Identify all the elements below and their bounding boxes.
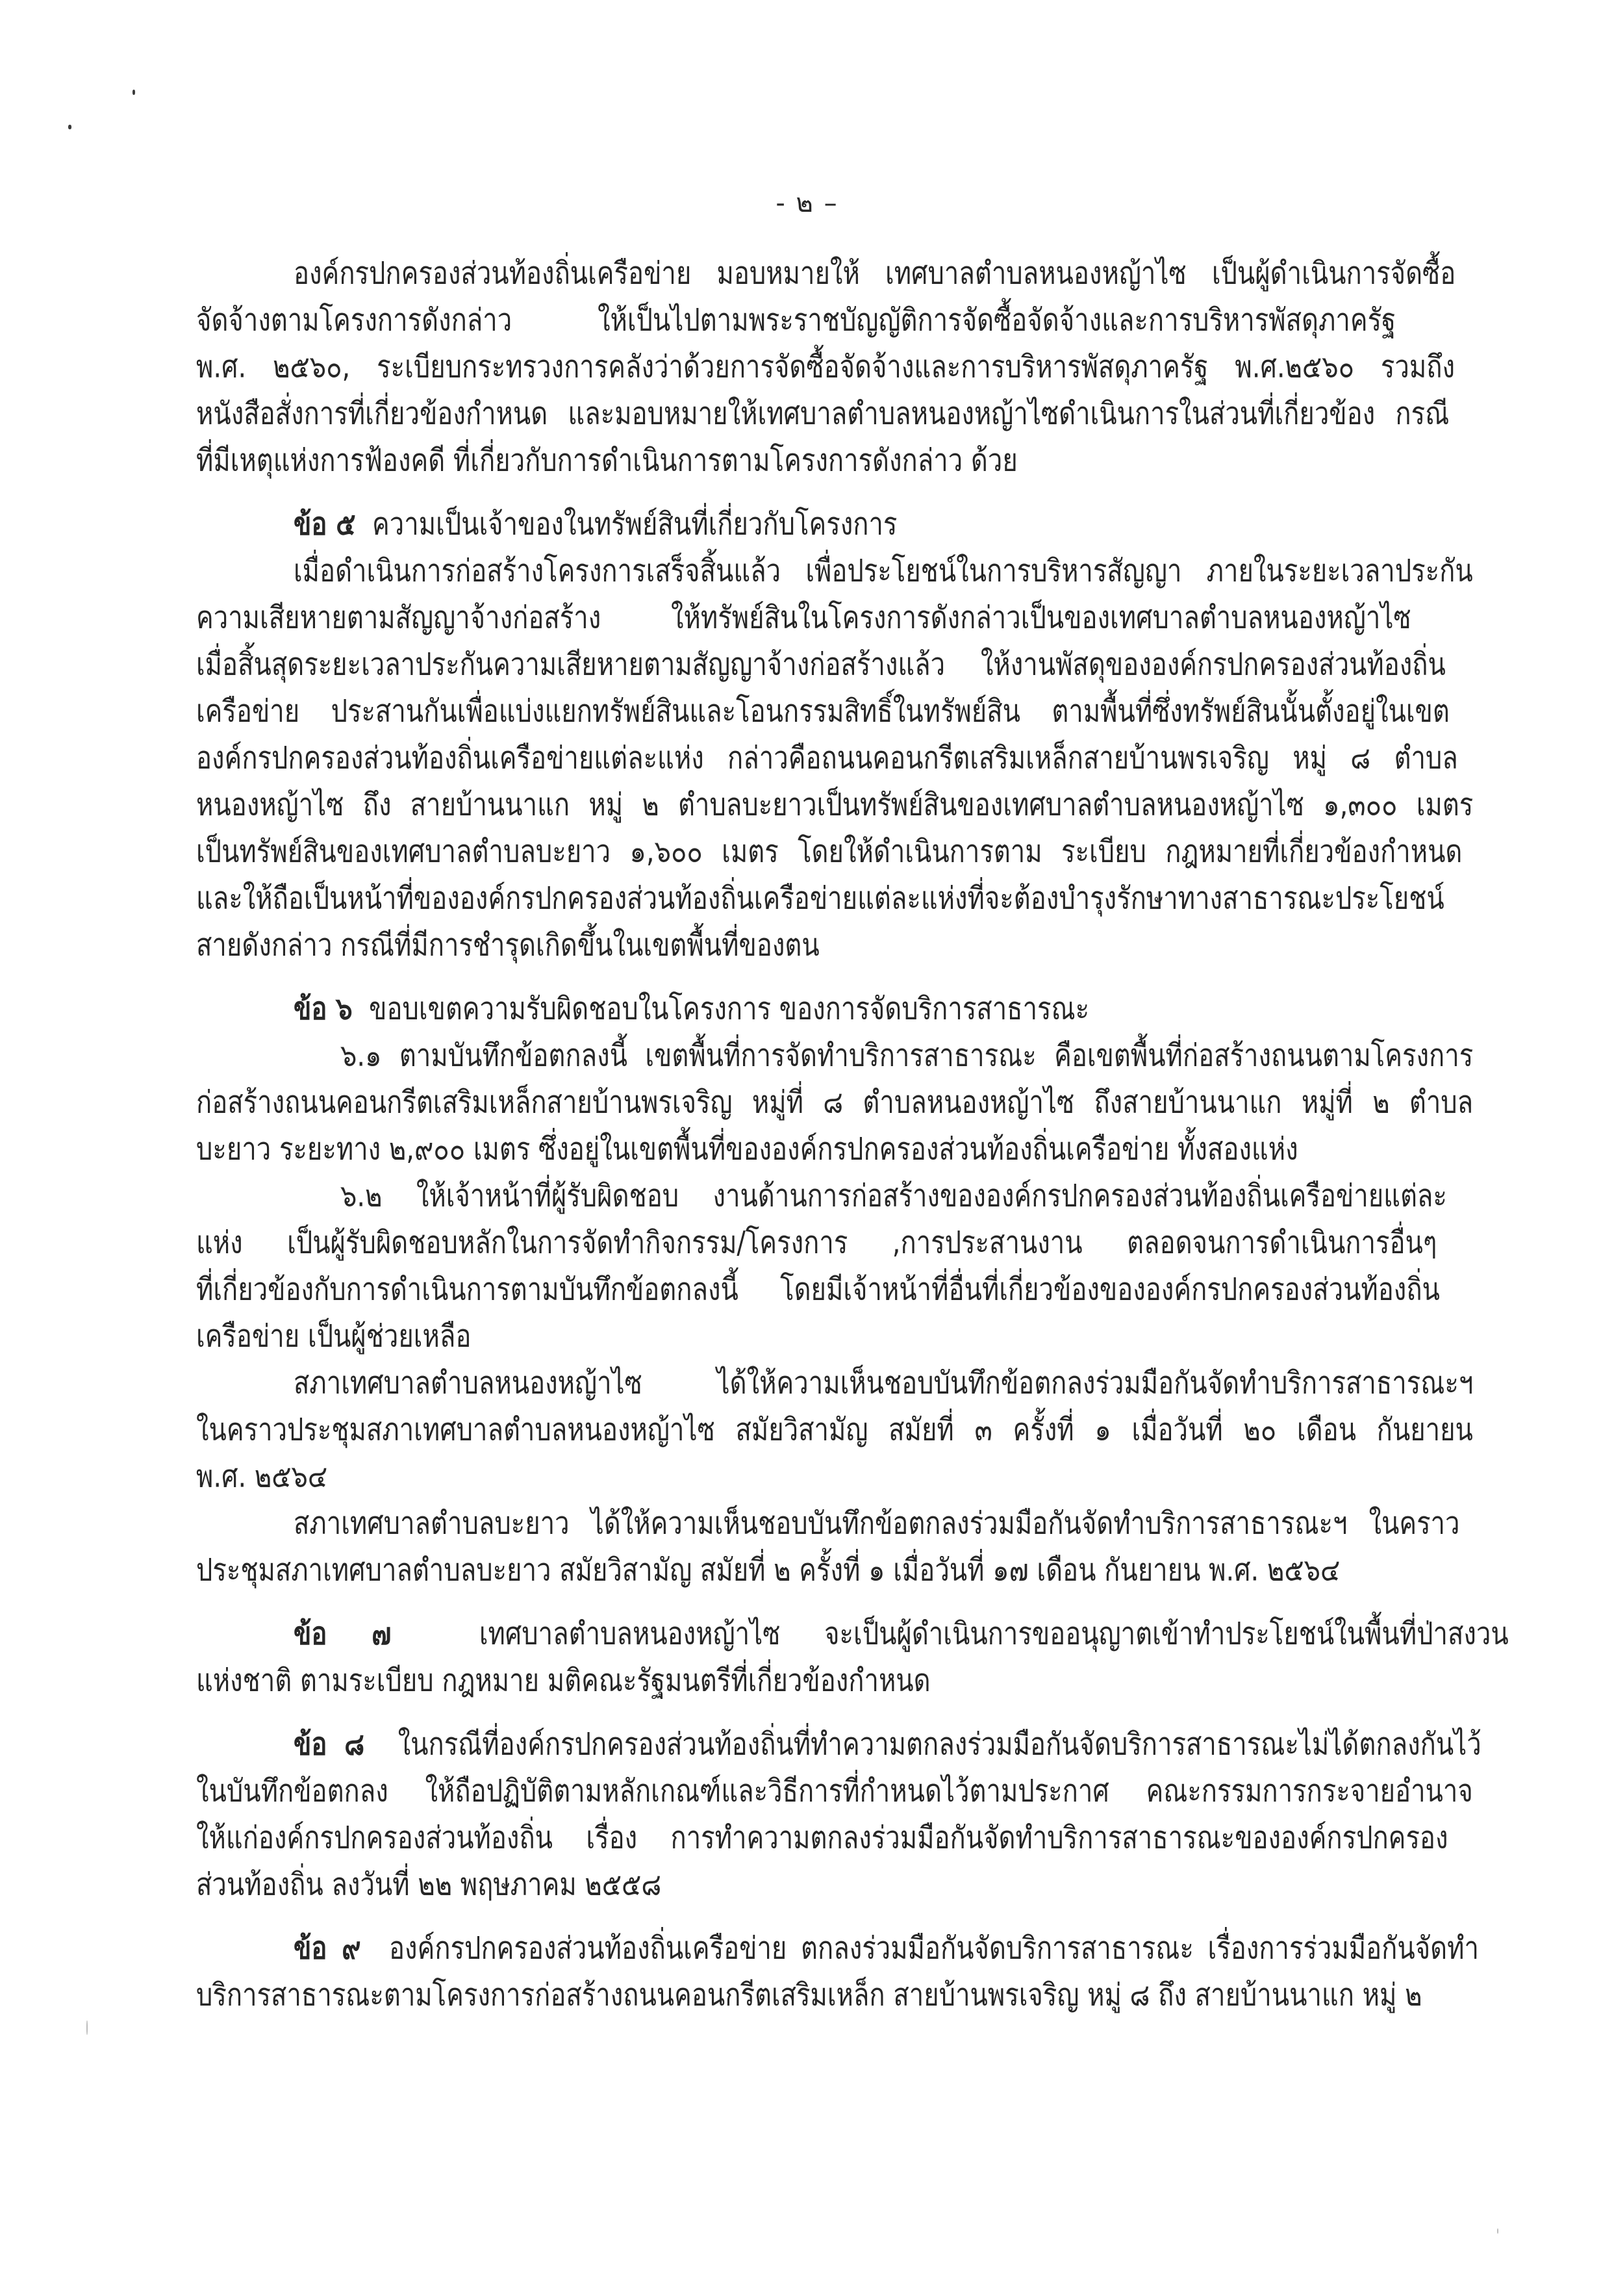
paragraph-intro: องค์กรปกครองส่วนท้องถิ่นเครือข่าย มอบหมา… [196, 250, 1473, 484]
section-label: ข้อ ๙ [294, 1931, 361, 1966]
scan-speck [86, 2021, 88, 2035]
text-line: บริการสาธารณะตามโครงการก่อสร้างถนนคอนกรี… [196, 1968, 1473, 2023]
text-line: ประชุมสภาเทศบาลตำบลบะยาว สมัยวิสามัญ สมั… [196, 1543, 1473, 1598]
scanned-document-page: - ๒ – องค์กรปกครองส่วนท้องถิ่นเครือข่าย … [0, 0, 1614, 2296]
section-label: ข้อ ๖ [294, 991, 353, 1027]
text-line: แห่งชาติ ตามระเบียบ กฎหมาย มติคณะรัฐมนตร… [196, 1653, 1473, 1709]
section-label: ข้อ ๕ [294, 507, 356, 542]
text-line: สายดังกล่าว กรณีที่มีการชำรุดเกิดขึ้นในเ… [196, 918, 1473, 973]
section-8: ข้อ ๘ ในกรณีที่องค์กรปกครองส่วนท้องถิ่นท… [196, 1721, 1473, 1908]
section-9: ข้อ ๙ องค์กรปกครองส่วนท้องถิ่นเครือข่าย … [196, 1925, 1473, 2019]
scan-speck [132, 90, 135, 95]
section-title: ขอบเขตความรับผิดชอบในโครงการ ของการจัดบร… [369, 991, 1089, 1027]
section-text: เทศบาลตำบลหนองหญ้าไซ จะเป็นผู้ดำเนินการข… [479, 1616, 1509, 1652]
section-text: องค์กรปกครองส่วนท้องถิ่นเครือข่าย ตกลงร่… [389, 1931, 1479, 1966]
text-line: ส่วนท้องถิ่น ลงวันที่ ๒๒ พฤษภาคม ๒๕๕๘ [196, 1857, 1473, 1913]
section-label: ข้อ ๗ [294, 1616, 391, 1652]
page-number: - ๒ – [0, 184, 1614, 223]
section-5: ข้อ ๕ ความเป็นเจ้าของในทรัพย์สินที่เกี่ย… [196, 501, 1473, 969]
section-7: ข้อ ๗ เทศบาลตำบลหนองหญ้าไซ จะเป็นผู้ดำเน… [196, 1611, 1473, 1704]
section-6: ข้อ ๖ ขอบเขตความรับผิดชอบในโครงการ ของกา… [196, 986, 1473, 1594]
section-label: ข้อ ๘ [294, 1727, 364, 1762]
scan-speck [1497, 2228, 1498, 2234]
text-line: ที่มีเหตุแห่งการฟ้องคดี ที่เกี่ยวกับการด… [196, 433, 1473, 489]
section-title: ความเป็นเจ้าของในทรัพย์สินที่เกี่ยวกับโค… [372, 507, 897, 542]
section-text: ในกรณีที่องค์กรปกครองส่วนท้องถิ่นที่ทำคว… [398, 1727, 1482, 1762]
scan-speck [68, 125, 71, 129]
document-body: องค์กรปกครองส่วนท้องถิ่นเครือข่าย มอบหมา… [196, 250, 1473, 2019]
